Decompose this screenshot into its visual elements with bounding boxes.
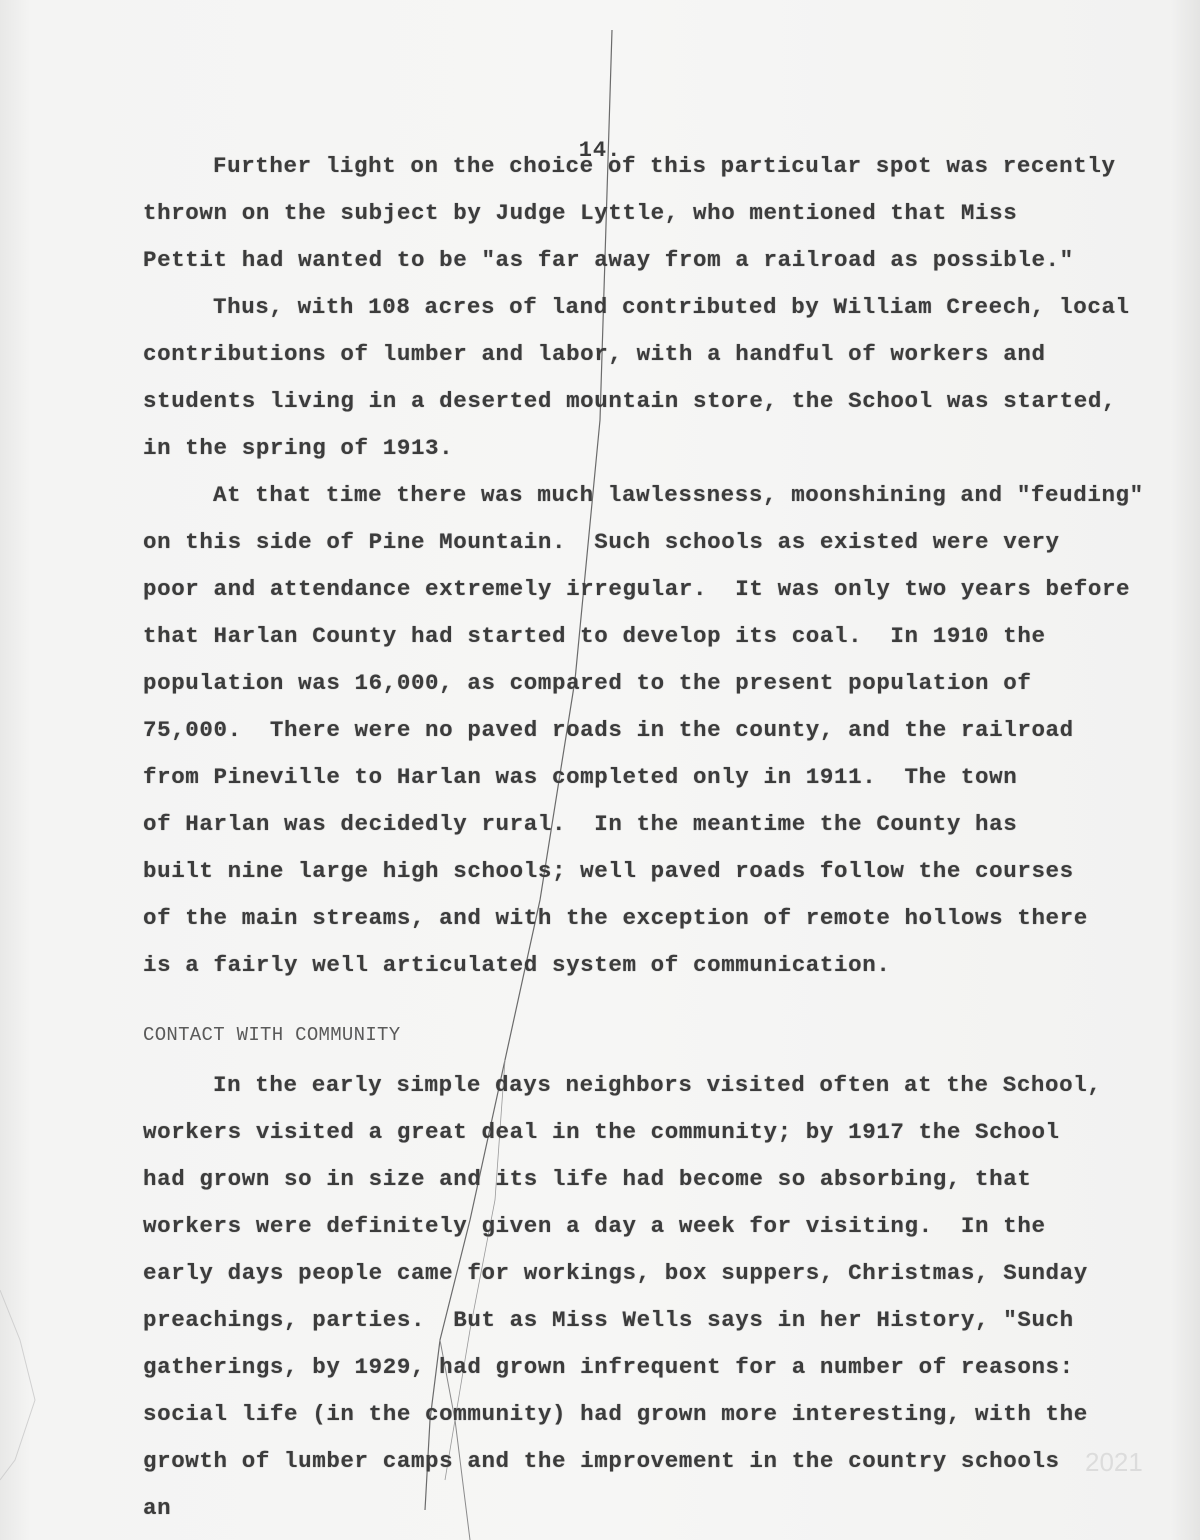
- text-line: of Harlan was decidedly rural. In the me…: [143, 811, 1017, 837]
- text-line: population was 16,000, as compared to th…: [143, 670, 1031, 696]
- text-line: in the spring of 1913.: [143, 435, 453, 461]
- document-page: 14. Further light on the choice of this …: [0, 0, 1200, 1540]
- text-line: built nine large high schools; well pave…: [143, 858, 1074, 884]
- text-line: from Pineville to Harlan was completed o…: [143, 764, 1017, 790]
- text-line: Pettit had wanted to be "as far away fro…: [143, 247, 1074, 273]
- text-line: that Harlan County had started to develo…: [143, 623, 1046, 649]
- text-line: In the early simple days neighbors visit…: [213, 1072, 1101, 1098]
- text-line: workers visited a great deal in the comm…: [143, 1119, 1060, 1145]
- text-line: gatherings, by 1929, had grown infrequen…: [143, 1354, 1074, 1380]
- text-line: growth of lumber camps and the improveme…: [143, 1448, 1060, 1474]
- text-line: preachings, parties. But as Miss Wells s…: [143, 1307, 1074, 1333]
- text-line: students living in a deserted mountain s…: [143, 388, 1116, 414]
- text-line: social life (in the community) had grown…: [143, 1401, 1088, 1427]
- text-line: 75,000. There were no paved roads in the…: [143, 717, 1074, 743]
- text-line: early days people came for workings, box…: [143, 1260, 1088, 1286]
- text-line: of the main streams, and with the except…: [143, 905, 1088, 931]
- watermark: 2021: [1085, 1447, 1143, 1478]
- text-line: thrown on the subject by Judge Lyttle, w…: [143, 200, 1017, 226]
- text-line: had grown so in size and its life had be…: [143, 1166, 1031, 1192]
- text-line: is a fairly well articulated system of c…: [143, 952, 890, 978]
- text-line: Thus, with 108 acres of land contributed…: [213, 294, 1130, 320]
- text-line: contributions of lumber and labor, with …: [143, 341, 1046, 367]
- section-heading: CONTACT WITH COMMUNITY: [143, 1024, 400, 1046]
- text-line: At that time there was much lawlessness,…: [213, 482, 1144, 508]
- text-line: workers were definitely given a day a we…: [143, 1213, 1046, 1239]
- text-line: Further light on the choice of this part…: [213, 153, 1116, 179]
- text-line: poor and attendance extremely irregular.…: [143, 576, 1130, 602]
- text-line: an: [143, 1495, 171, 1521]
- text-line: on this side of Pine Mountain. Such scho…: [143, 529, 1060, 555]
